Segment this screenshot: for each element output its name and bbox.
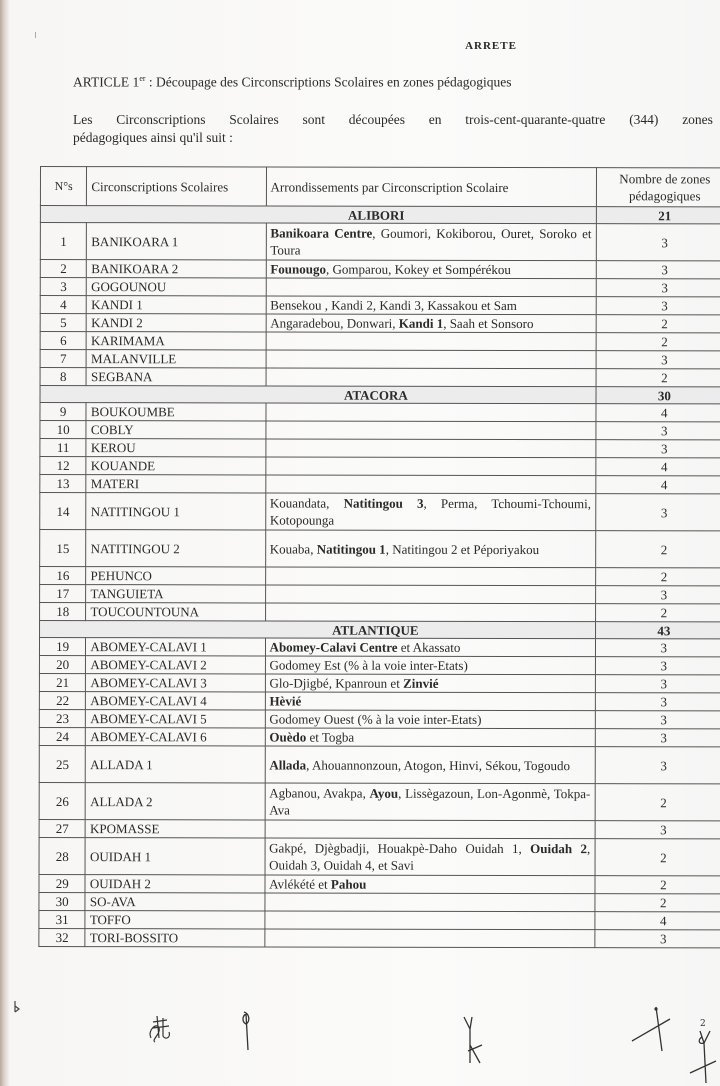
row-number: 25 [39, 745, 85, 782]
arrondissements-list [265, 893, 595, 912]
arrondissements-list [266, 403, 596, 422]
table-row: 13MATERI4 [40, 475, 720, 494]
arrondissement-chef-lieu: Banikoara Centre [270, 225, 372, 240]
article-text: Découpage des Circonscriptions Scolaires… [156, 75, 511, 90]
arrondissements-list [265, 457, 595, 476]
circonscription-name: OUIDAH 2 [85, 875, 264, 893]
zones-count: 3 [595, 675, 720, 693]
row-number: 19 [39, 638, 85, 656]
row-number: 12 [40, 457, 86, 475]
circonscription-name: SO-AVA [85, 893, 264, 911]
intro-word: Circonscriptions [116, 111, 205, 129]
table-row: 26ALLADA 2Agbanou, Avakpa, Ayou, Lissèga… [39, 782, 720, 820]
arrondissement-chef-lieu: Kandi 1 [399, 316, 443, 331]
zones-count: 4 [595, 912, 720, 930]
table-row: 4KANDI 1Bensekou , Kandi 2, Kandi 3, Kas… [40, 296, 720, 315]
intro-line-1: LesCirconscriptionsScolairessontdécoupée… [73, 111, 713, 129]
row-number: 23 [39, 709, 85, 727]
arrondissements-list [265, 603, 595, 622]
zones-count: 3 [595, 586, 720, 604]
header-zones-line2: pédagogiques [629, 188, 701, 203]
arrondissement-chef-lieu: Ayou [369, 786, 398, 801]
circonscription-name: PEHUNCO [86, 567, 265, 585]
page-number: 2 [700, 1020, 718, 1029]
row-number: 29 [39, 874, 85, 892]
table-row: 19ABOMEY-CALAVI 1Abomey-Calavi Centre et… [39, 638, 720, 657]
zones-count: 2 [596, 315, 720, 333]
department-total: 43 [595, 622, 720, 639]
article-separator: : [146, 75, 157, 90]
row-number: 27 [39, 819, 85, 837]
row-number: 22 [39, 691, 85, 709]
circonscription-name: ABOMEY-CALAVI 4 [86, 692, 265, 710]
zones-count: 3 [596, 224, 720, 261]
row-number: 8 [40, 368, 86, 386]
zones-count: 3 [596, 261, 720, 279]
department-name: ALIBORI [40, 206, 596, 224]
zones-count: 4 [596, 458, 720, 476]
row-number: 13 [40, 475, 86, 493]
arrondissement-chef-lieu: Allada [269, 757, 306, 772]
circonscription-name: TOUCOUNTOUNA [86, 603, 265, 621]
row-number: 32 [39, 928, 85, 946]
department-total: 30 [596, 387, 720, 404]
arrondissements-list: Founougo, Gomparou, Kokey et Sompérékou [266, 260, 596, 279]
intro-word: Scolaires [229, 111, 279, 129]
zones-count: 3 [596, 422, 720, 440]
margin-mark [12, 1000, 22, 1014]
row-number: 1 [40, 223, 86, 260]
circonscription-name: KOUANDE [86, 457, 265, 475]
table-row: 17TANGUIETA3 [40, 585, 720, 604]
arrondissement-chef-lieu: Natitingou 1 [317, 541, 386, 556]
intro-word: (344) [629, 111, 658, 129]
row-number: 9 [40, 403, 86, 421]
table-body: ALIBORI211BANIKOARA 1Banikoara Centre, G… [39, 206, 720, 948]
row-number: 15 [40, 530, 86, 567]
table-row: 9BOUKOUMBE4 [40, 403, 720, 422]
article-heading: ARTICLE 1er : Découpage des Circonscript… [73, 74, 511, 91]
arrondissements-list: Bensekou , Kandi 2, Kandi 3, Kassakou et… [266, 296, 596, 315]
circonscription-name: KPOMASSE [86, 820, 265, 838]
arrondissement-chef-lieu: Abomey-Calavi [270, 639, 357, 654]
circonscription-name: SEGBANA [86, 368, 265, 386]
arrondissements-list: Angaradebou, Donwari, Kandi 1, Saah et S… [266, 314, 596, 333]
table-row: 32TORI-BOSSITO3 [39, 928, 720, 947]
scan-mark [35, 32, 36, 38]
zones-count: 4 [595, 476, 720, 494]
row-number: 16 [40, 567, 86, 585]
circonscription-name: OUIDAH 1 [85, 838, 264, 875]
zones-count: 3 [596, 297, 720, 315]
circonscription-name: ABOMEY-CALAVI 3 [86, 674, 265, 692]
circonscription-name: NATITINGOU 2 [86, 530, 265, 567]
signature-initial-3 [462, 1015, 488, 1065]
circonscription-name: KANDI 1 [87, 296, 266, 314]
arrondissements-list [265, 567, 595, 586]
zones-count: 3 [596, 440, 720, 458]
table-row: 21ABOMEY-CALAVI 3Glo-Djigbé, Kpanroun et… [39, 673, 720, 692]
intro-word: découpées [349, 111, 405, 129]
row-number: 11 [40, 439, 86, 457]
zones-count: 4 [596, 404, 720, 422]
arrondissement-chef-lieu: Hèvié [269, 693, 301, 708]
table-row: 28OUIDAH 1Gakpé, Djègbadji, Houakpè-Daho… [39, 837, 720, 875]
arrondissements-list [266, 350, 596, 369]
arrondissement-text: Kouandata, [270, 495, 344, 510]
row-number: 26 [39, 782, 85, 819]
arrondissement-text: , Natitingou 2 et Péporiyakou [386, 541, 539, 556]
zones-count: 2 [595, 568, 720, 586]
header-arrondissements: Arrondissements par Circonscription Scol… [266, 167, 596, 207]
intro-paragraph: LesCirconscriptionsScolairessontdécoupée… [73, 111, 713, 147]
circonscription-name: ALLADA 1 [86, 746, 265, 783]
document-title: ARRETE [0, 40, 720, 52]
table-row: 25ALLADA 1Allada, Ahouannonzoun, Atogon,… [39, 745, 720, 783]
zones-count: 2 [595, 784, 720, 821]
zones-count: 3 [595, 494, 720, 531]
arrondissements-list [266, 332, 596, 351]
table-row: 20ABOMEY-CALAVI 2Godomey Est (% à la voi… [39, 656, 720, 675]
circonscription-name: TOFFO [85, 911, 264, 929]
row-number: 7 [40, 350, 86, 368]
arrondissements-list [265, 439, 595, 458]
circonscription-name: ABOMEY-CALAVI 6 [86, 728, 265, 746]
arrondissement-chef-lieu: Ouidah 2 [530, 841, 587, 856]
department-row: ALIBORI21 [40, 206, 720, 224]
arrondissements-list: Agbanou, Avakpa, Ayou, Lissègazoun, Lon-… [265, 783, 595, 821]
arrondissement-text: , Ahouannonzoun, Atogon, Hinvi, Sékou, T… [306, 757, 570, 773]
table-row: 6KARIMAMA2 [40, 332, 720, 351]
department-total: 21 [596, 207, 720, 224]
arrondissements-list: Abomey-Calavi Centre et Akassato [265, 638, 595, 657]
row-number: 14 [40, 493, 86, 530]
arrondissement-text: Kouaba, [270, 541, 317, 556]
document-title-text: ARRETE [465, 40, 517, 52]
arrondissements-list: Kouaba, Natitingou 1, Natitingou 2 et Pé… [265, 530, 595, 568]
arrondissements-list: Gakpé, Djègbadji, Houakpè-Daho Ouidah 1,… [265, 838, 595, 876]
signature-initial-2 [240, 1010, 254, 1052]
arrondissements-list [265, 820, 595, 839]
circonscription-name: KANDI 2 [87, 314, 266, 332]
arrondissement-text: Godomey Est (% à la voie inter-Etats) [270, 657, 468, 672]
zones-count: 3 [595, 930, 720, 948]
row-number: 24 [39, 727, 85, 745]
arrondissements-list: Ouèdo et Togba [265, 728, 595, 747]
circonscription-name: ABOMEY-CALAVI 2 [86, 656, 265, 674]
table-row: 10COBLY3 [40, 421, 720, 440]
row-number: 6 [40, 332, 86, 350]
table-row: 22ABOMEY-CALAVI 4Hèvié3 [39, 691, 720, 710]
arrondissement-chef-lieu: Natitingou 3 [344, 496, 424, 511]
intro-word: Les [73, 111, 93, 129]
table-row: 29OUIDAH 2Avlékété et Pahou2 [39, 874, 720, 893]
arrondissement-chef-lieu: Pahou [331, 877, 366, 892]
table-header-row: N°s Circonscriptions Scolaires Arrondiss… [40, 167, 720, 207]
circonscription-name: KEROU [86, 439, 265, 457]
arrondissement-text: Avlékété et [269, 876, 331, 891]
department-name: ATACORA [40, 386, 596, 404]
zones-count: 2 [596, 333, 720, 351]
header-no: N°s [40, 167, 87, 206]
table-row: 27KPOMASSE3 [39, 819, 720, 838]
table-row: 11KEROU3 [40, 439, 720, 458]
arrondissements-list: Godomey Ouest (% à la voie inter-Etats) [265, 710, 595, 729]
arrondissements-list [266, 278, 596, 297]
row-number: 28 [39, 837, 85, 874]
zones-count: 3 [595, 639, 720, 657]
table-row: 1BANIKOARA 1Banikoara Centre, Goumori, K… [40, 223, 720, 261]
arrondissements-list [264, 911, 594, 930]
header-circonscription: Circonscriptions Scolaires [87, 167, 266, 206]
arrondissement-text: , Saah et Sonsoro [443, 316, 533, 331]
arrondissement-text: et Togba [306, 730, 354, 745]
table-row: 16PEHUNCO2 [40, 567, 720, 586]
arrondissements-list [264, 929, 594, 948]
circonscription-name: ALLADA 2 [86, 783, 265, 820]
arrondissements-list [266, 368, 596, 387]
zones-count: 2 [595, 604, 720, 622]
row-number: 31 [39, 910, 85, 928]
intro-word: zones [682, 111, 713, 129]
row-number: 21 [39, 673, 85, 691]
row-number: 30 [39, 892, 85, 910]
zones-count: 3 [595, 693, 720, 711]
signature-initial-1 [145, 1012, 177, 1044]
row-number: 3 [40, 278, 86, 296]
arrondissement-text: Agbanou, Avakpa, [269, 785, 369, 800]
table-row: 15NATITINGOU 2Kouaba, Natitingou 1, Nati… [40, 530, 720, 568]
zones-table: N°s Circonscriptions Scolaires Arrondiss… [38, 166, 720, 948]
document-page: ARRETE ARTICLE 1er : Découpage des Circo… [0, 0, 720, 1086]
table-row: 5KANDI 2Angaradebou, Donwari, Kandi 1, S… [40, 314, 720, 333]
arrondissement-chef-lieu: Zinvié [403, 676, 438, 691]
table-row: 18TOUCOUNTOUNA2 [40, 603, 720, 622]
row-number: 20 [39, 656, 85, 674]
arrondissement-text: Bensekou , Kandi 2, Kandi 3, Kassakou et… [270, 297, 517, 313]
zones-count: 2 [596, 369, 720, 387]
arrondissements-list [265, 475, 595, 494]
signature-initial-4 [628, 1005, 672, 1055]
signature-initial-5: 2 [688, 1020, 718, 1085]
table-row: 31TOFFO4 [39, 910, 720, 929]
circonscription-name: ABOMEY-CALAVI 1 [86, 638, 265, 656]
circonscription-name: BANIKOARA 2 [87, 260, 266, 278]
circonscription-name: ABOMEY-CALAVI 5 [86, 710, 265, 728]
table-row: 7MALANVILLE3 [40, 350, 720, 369]
arrondissement-text: Gakpé, Djègbadji, Houakpè-Daho Ouidah 1, [269, 840, 530, 856]
arrondissement-text: Glo-Djigbé, Kpanroun et [269, 675, 403, 690]
circonscription-name: GOGOUNOU [87, 278, 266, 296]
table-row: 14NATITINGOU 1Kouandata, Natitingou 3, P… [40, 493, 720, 531]
department-name: ATLANTIQUE [40, 621, 596, 639]
zones-count: 2 [595, 531, 720, 568]
row-number: 2 [40, 260, 86, 278]
circonscription-name: MATERI [86, 475, 265, 493]
circonscription-name: MALANVILLE [86, 350, 265, 368]
arrondissements-list: Kouandata, Natitingou 3, Perma, Tchoumi-… [265, 493, 595, 531]
arrondissement-text: et Akassato [398, 640, 461, 655]
zones-count: 3 [595, 821, 720, 839]
intro-word: en [429, 111, 442, 129]
zones-count: 3 [595, 657, 720, 675]
zones-count: 3 [596, 351, 720, 369]
circonscription-name: BANIKOARA 1 [87, 223, 266, 260]
circonscription-name: NATITINGOU 1 [86, 493, 265, 530]
zones-count: 3 [595, 747, 720, 784]
arrondissement-text: Angaradebou, Donwari, [270, 315, 399, 330]
circonscription-name: TORI-BOSSITO [85, 929, 264, 947]
arrondissements-list: Allada, Ahouannonzoun, Atogon, Hinvi, Sé… [265, 746, 595, 784]
table-row: 24ABOMEY-CALAVI 6Ouèdo et Togba3 [39, 727, 720, 746]
arrondissements-list: Banikoara Centre, Goumori, Kokiborou, Ou… [266, 223, 596, 261]
zones-count: 3 [595, 711, 720, 729]
arrondissements-list: Glo-Djigbé, Kpanroun et Zinvié [265, 674, 595, 693]
arrondissement-chef-lieu: Founougo [270, 261, 326, 276]
zones-count: 3 [596, 279, 720, 297]
department-row: ATLANTIQUE43 [40, 621, 720, 639]
zones-count: 2 [595, 894, 720, 912]
circonscription-name: KARIMAMA [87, 332, 266, 350]
row-number: 5 [40, 314, 86, 332]
row-number: 18 [40, 603, 86, 621]
row-number: 10 [40, 421, 86, 439]
row-number: 4 [40, 296, 86, 314]
arrondissement-text: Godomey Ouest (% à la voie inter-Etats) [269, 711, 481, 726]
row-number: 17 [40, 585, 86, 603]
circonscription-name: COBLY [86, 421, 265, 439]
table-row: 3GOGOUNOU3 [40, 278, 720, 297]
arrondissement-chef-lieu: Ouèdo [269, 729, 306, 744]
zones-count: 2 [595, 839, 720, 876]
table-row: 30SO-AVA2 [39, 892, 720, 911]
intro-word: sont [303, 111, 326, 129]
header-zones-line1: Nombre de zones [619, 171, 710, 186]
table-row: 2BANIKOARA 2Founougo, Gomparou, Kokey et… [40, 260, 720, 279]
intro-word: trois-cent-quarante-quatre [465, 111, 605, 129]
arrondissement-text: , Gomparou, Kokey et Sompérékou [326, 262, 511, 277]
header-zones: Nombre de zonespédagogiques [596, 168, 720, 207]
zones-count: 2 [595, 876, 720, 894]
arrondissements-list [265, 585, 595, 604]
arrondissements-list [266, 421, 596, 440]
zones-count: 3 [595, 729, 720, 747]
article-label: ARTICLE 1 [73, 75, 139, 90]
arrondissements-list: Godomey Est (% à la voie inter-Etats) [265, 656, 595, 675]
arrondissements-list: Hèvié [265, 692, 595, 711]
arrondissement-chef-lieu: Centre [359, 640, 397, 655]
table-row: 23ABOMEY-CALAVI 5Godomey Ouest (% à la v… [39, 709, 720, 728]
table-row: 12KOUANDE4 [40, 457, 720, 476]
table-row: 8SEGBANA2 [40, 368, 720, 387]
arrondissements-list: Avlékété et Pahou [265, 875, 595, 894]
intro-line-2: pédagogiques ainsi qu'il suit : [73, 129, 713, 147]
circonscription-name: TANGUIETA [86, 585, 265, 603]
circonscription-name: BOUKOUMBE [86, 403, 265, 421]
department-row: ATACORA30 [40, 386, 720, 404]
